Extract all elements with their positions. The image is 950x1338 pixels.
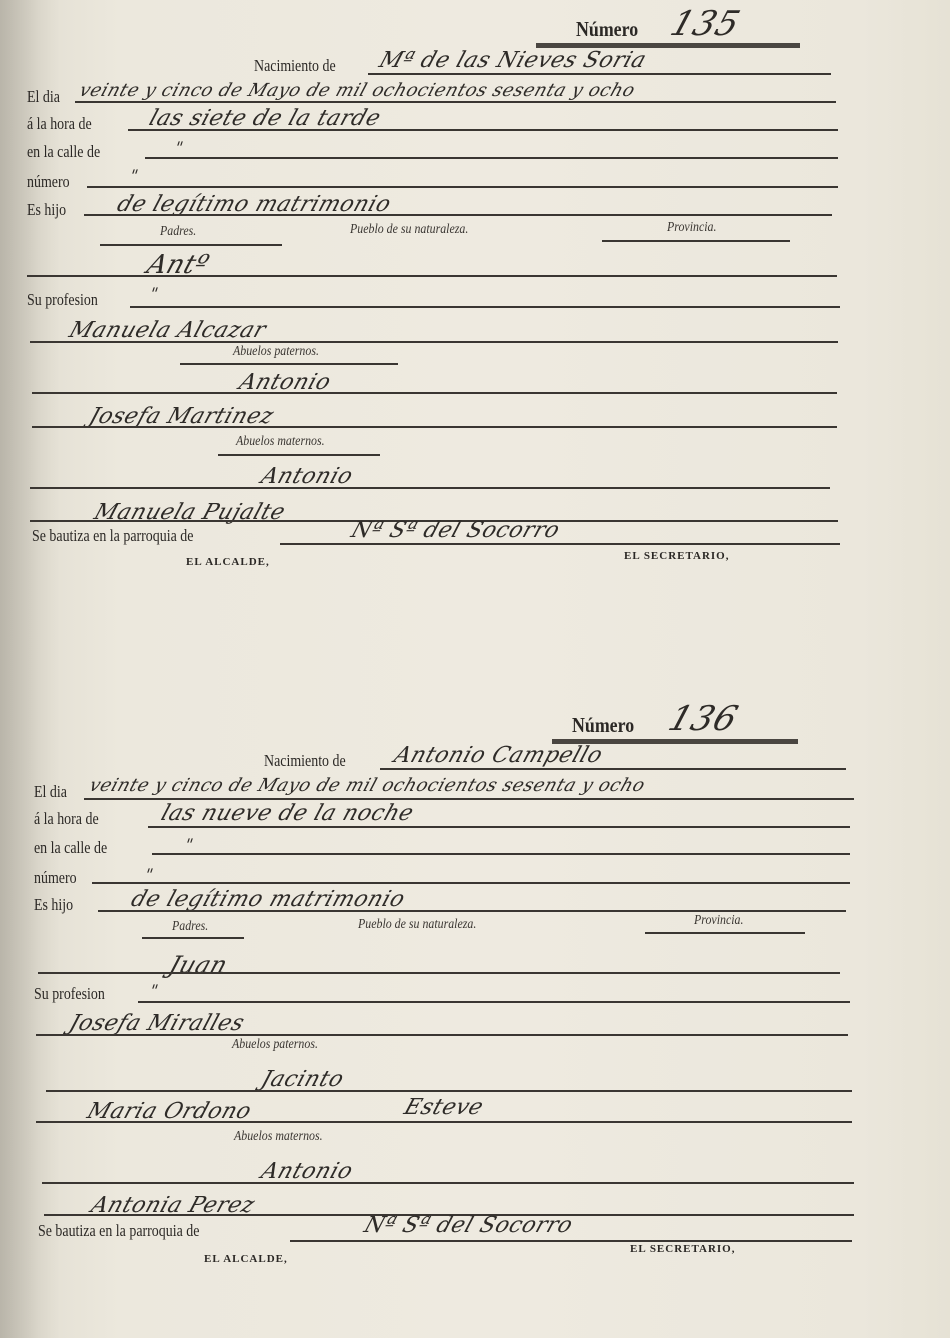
- divider: [100, 244, 282, 246]
- field-line: [148, 826, 850, 828]
- field-line: [290, 1240, 852, 1242]
- abuelos-paternos-label: Abuelos paternos.: [232, 1037, 318, 1053]
- field-line: [30, 341, 838, 343]
- provincia-label: Provincia.: [667, 220, 716, 236]
- field-line: [27, 275, 837, 277]
- field-line: [92, 882, 850, 884]
- hora-label: á la hora de: [27, 114, 92, 134]
- field-line: [138, 1001, 850, 1003]
- divider: [218, 454, 380, 456]
- street-number: ": [127, 166, 141, 185]
- dia-label: El dia: [27, 87, 60, 107]
- field-line: [98, 910, 846, 912]
- abuelos-paternos-label: Abuelos paternos.: [233, 344, 319, 360]
- secretario-signature-label: EL SECRETARIO,: [630, 1243, 736, 1255]
- maternal-grandfather: Antonio: [258, 464, 356, 489]
- field-line: [152, 853, 850, 855]
- birth-hour: las siete de la tarde: [146, 106, 384, 131]
- profession: ": [147, 284, 161, 303]
- provincia-label: Provincia.: [694, 913, 743, 929]
- child-name: Mª de las Nieves Soria: [376, 48, 650, 73]
- maternal-grandfather: Antonio: [258, 1159, 356, 1184]
- divider: [180, 363, 398, 365]
- dia-label: El dia: [34, 782, 67, 802]
- divider: [645, 932, 805, 934]
- numero-label: Número: [572, 713, 634, 738]
- field-line: [130, 306, 840, 308]
- street: ": [182, 835, 196, 854]
- register-page: Número 135 Nacimiento de Mª de las Nieve…: [0, 0, 950, 1338]
- mother-name: Manuela Alcazar: [66, 318, 269, 343]
- paternal-grandfather: Jacinto: [258, 1067, 347, 1092]
- alcalde-signature-label: EL ALCALDE,: [204, 1253, 288, 1265]
- divider: [142, 937, 244, 939]
- field-line: [84, 798, 854, 800]
- profession: ": [147, 981, 161, 1000]
- padres-label: Padres.: [160, 224, 196, 240]
- pueblo-label: Pueblo de su naturaleza.: [350, 222, 468, 238]
- abuelos-maternos-label: Abuelos maternos.: [236, 434, 325, 450]
- parish: Nª Sª del Socorro: [348, 518, 563, 543]
- es-hijo-label: Es hijo: [27, 200, 66, 220]
- field-line: [145, 157, 838, 159]
- field-line: [280, 543, 840, 545]
- numero-calle-label: número: [27, 172, 70, 192]
- paternal-grandmother-extra: Esteve: [401, 1095, 487, 1120]
- birth-date: veinte y cinco de Mayo de mil ochociento…: [77, 80, 638, 101]
- mother-name: Josefa Miralles: [66, 1011, 248, 1036]
- field-line: [380, 768, 846, 770]
- field-line: [84, 214, 832, 216]
- birth-hour: las nueve de la noche: [158, 801, 417, 826]
- field-line: [75, 101, 836, 103]
- father-name: Juan: [165, 951, 231, 979]
- field-line: [46, 1090, 852, 1092]
- es-hijo-label: Es hijo: [34, 895, 73, 915]
- child-name: Antonio Campello: [391, 743, 606, 768]
- pueblo-label: Pueblo de su naturaleza.: [358, 917, 476, 933]
- nacimiento-label: Nacimiento de: [254, 56, 336, 76]
- field-line: [30, 487, 830, 489]
- field-line: [128, 129, 838, 131]
- field-line: [38, 972, 840, 974]
- street: ": [172, 138, 186, 157]
- calle-label: en la calle de: [34, 838, 107, 858]
- field-line: [36, 1121, 852, 1123]
- bautiza-label: Se bautiza en la parroquia de: [38, 1221, 199, 1241]
- field-line: [32, 392, 837, 394]
- field-line: [42, 1182, 854, 1184]
- profesion-label: Su profesion: [34, 984, 105, 1004]
- abuelos-maternos-label: Abuelos maternos.: [234, 1129, 323, 1145]
- padres-label: Padres.: [172, 919, 208, 935]
- profesion-label: Su profesion: [27, 290, 98, 310]
- record-number: 136: [664, 699, 743, 739]
- calle-label: en la calle de: [27, 142, 100, 162]
- parish: Nª Sª del Socorro: [361, 1213, 576, 1238]
- divider: [602, 240, 790, 242]
- field-line: [36, 1034, 848, 1036]
- bautiza-label: Se bautiza en la parroquia de: [32, 526, 193, 546]
- numero-label: Número: [576, 17, 638, 42]
- field-line: [368, 73, 831, 75]
- birth-date: veinte y cinco de Mayo de mil ochociento…: [87, 775, 648, 796]
- secretario-signature-label: EL SECRETARIO,: [624, 550, 730, 562]
- field-line: [87, 186, 838, 188]
- numero-calle-label: número: [34, 868, 77, 888]
- alcalde-signature-label: EL ALCALDE,: [186, 556, 270, 568]
- field-line: [32, 426, 837, 428]
- hora-label: á la hora de: [34, 809, 99, 829]
- legitimacy: de legítimo matrimonio: [128, 887, 408, 912]
- nacimiento-label: Nacimiento de: [264, 751, 346, 771]
- record-number: 135: [666, 4, 745, 44]
